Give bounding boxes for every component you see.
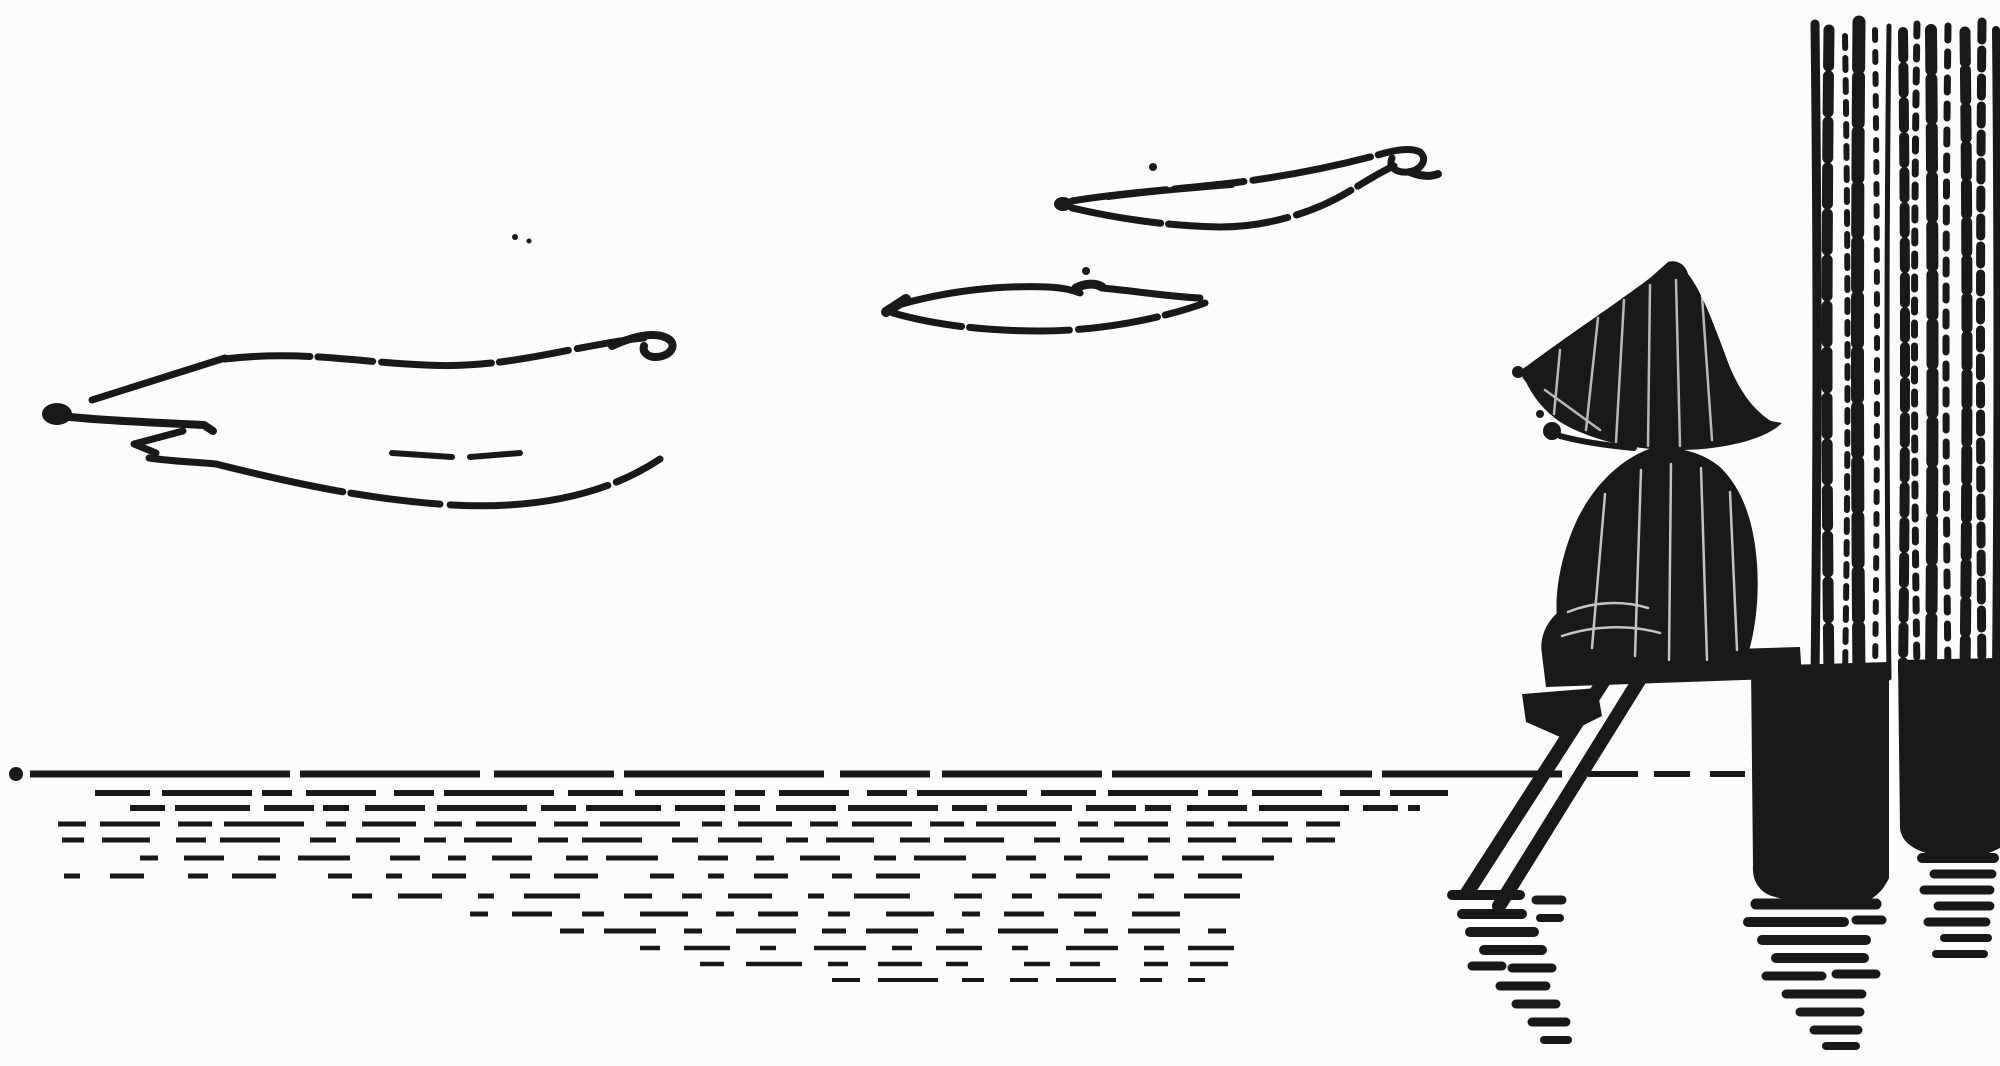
piling-bark-strip — [1915, 24, 1918, 672]
illustration-canvas: Figure on the jetty — [0, 0, 2000, 1066]
piling-near-submerged — [1751, 662, 1889, 905]
piling-bark-strip — [1965, 32, 1967, 672]
piling-bark-strip — [1858, 22, 1860, 678]
pipe-smoke-dot — [1536, 410, 1544, 418]
piling-bark-strip — [1887, 26, 1889, 678]
horizon-start-dot — [9, 767, 23, 781]
piling-bark-strip — [1903, 32, 1905, 672]
illustration-stage: Figure on the jetty — [0, 0, 2000, 1066]
piling-bark-strip — [1827, 30, 1829, 678]
piling-far-submerged — [1898, 658, 2000, 858]
piling-bark-strip — [1815, 24, 1817, 678]
hat-brim-knob — [1512, 366, 1524, 378]
piling-bark-strip — [1981, 22, 1983, 672]
piling-bark-strip — [1931, 30, 1933, 672]
piling-bark-strip — [1996, 30, 1998, 672]
